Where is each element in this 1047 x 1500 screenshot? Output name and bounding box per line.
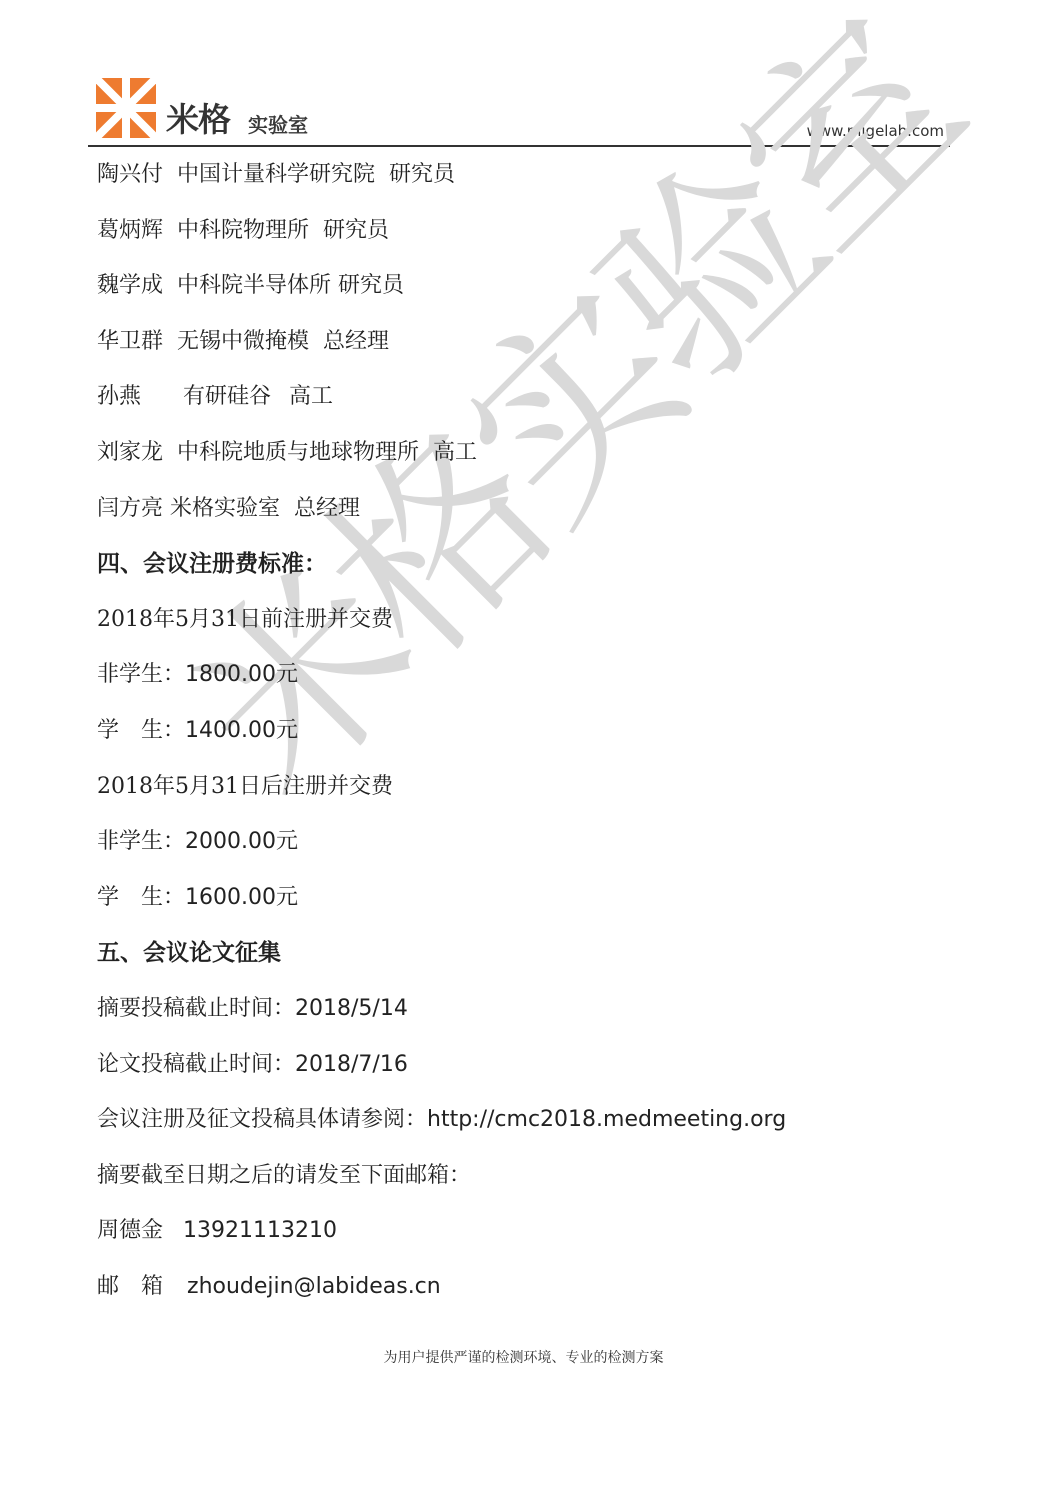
logo-subtext: 实验室 xyxy=(248,110,308,140)
expert-row: 闫方亮 米格实验室 总经理 xyxy=(97,489,786,545)
paper-deadline: 论文投稿截止时间：2018/7/16 xyxy=(97,1045,786,1101)
expert-row: 华卫群 无锡中微掩模 总经理 xyxy=(97,322,786,378)
logo-text: 米格 xyxy=(166,100,230,140)
contact-email-row: 邮 箱zhoudejin@labideas.cn xyxy=(97,1267,786,1323)
header-divider xyxy=(88,145,950,147)
expert-row: 孙燕有研硅谷高工 xyxy=(97,377,786,433)
late-abstract-note: 摘要截至日期之后的请发至下面邮箱： xyxy=(97,1156,786,1212)
section-heading-paper-call: 五、会议论文征集 xyxy=(97,933,786,989)
section-heading-registration-fee: 四、会议注册费标准： xyxy=(97,544,786,600)
expert-row: 葛炳辉 中科院物理所 研究员 xyxy=(97,211,786,267)
expert-row: 魏学成 中科院半导体所 研究员 xyxy=(97,266,786,322)
contact-phone-row: 周德金13921113210 xyxy=(97,1211,786,1267)
early-student-fee: 学 生：1400.00元 xyxy=(97,711,786,767)
registration-info: 会议注册及征文投稿具体请参阅：http://cmc2018.medmeeting… xyxy=(97,1100,786,1156)
migelab-logo-icon xyxy=(96,78,156,138)
early-registration-label: 2018年5月31日前注册并交费 xyxy=(97,600,786,656)
contact-phone[interactable]: 13921113210 xyxy=(183,1218,337,1243)
page-footer: 为用户提供严谨的检测环境、专业的检测方案 xyxy=(0,1347,1047,1367)
late-non-student-fee: 非学生：2000.00元 xyxy=(97,822,786,878)
registration-link[interactable]: http://cmc2018.medmeeting.org xyxy=(427,1107,786,1132)
late-student-fee: 学 生：1600.00元 xyxy=(97,878,786,934)
abstract-deadline: 摘要投稿截止时间：2018/5/14 xyxy=(97,989,786,1045)
expert-row: 刘家龙 中科院地质与地球物理所 高工 xyxy=(97,433,786,489)
site-url[interactable]: www.migelab.com xyxy=(807,122,944,140)
early-non-student-fee: 非学生：1800.00元 xyxy=(97,655,786,711)
contact-email[interactable]: zhoudejin@labideas.cn xyxy=(187,1274,441,1299)
page-header: 米格 实验室 www.migelab.com xyxy=(88,70,950,147)
late-registration-label: 2018年5月31日后注册并交费 xyxy=(97,767,786,823)
expert-row: 陶兴付 中国计量科学研究院 研究员 xyxy=(97,155,786,211)
document-body: 陶兴付 中国计量科学研究院 研究员 葛炳辉 中科院物理所 研究员 魏学成 中科院… xyxy=(97,155,786,1322)
